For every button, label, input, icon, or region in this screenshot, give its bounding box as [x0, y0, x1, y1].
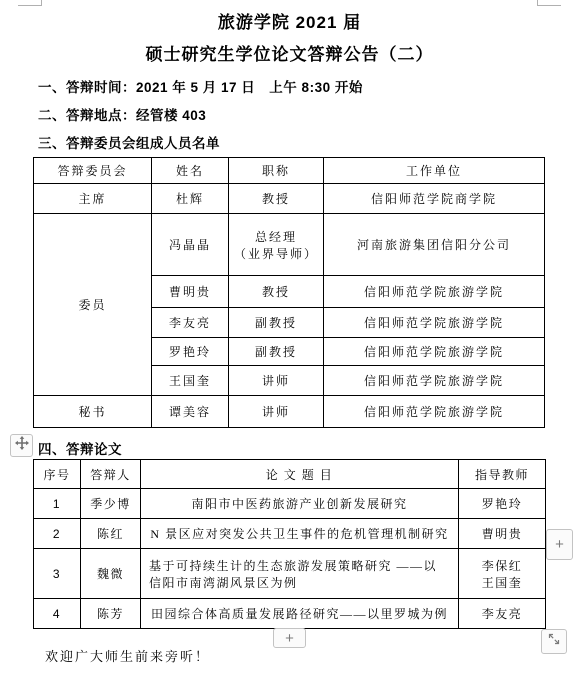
org-cell: 信阳师范学院旅游学院 — [324, 396, 545, 428]
defender-cell: 季少博 — [81, 489, 141, 519]
advisor-line: 王国奎 — [482, 576, 523, 590]
thesis-title-cell: 基于可持续生计的生态旅游发展策略研究 ——以 信阳市南湾湖风景区为例 — [141, 549, 459, 599]
org-cell: 信阳师范学院旅游学院 — [324, 366, 545, 396]
title-cell: 讲师 — [229, 366, 324, 396]
heading-thesis-list: 四、答辩论文 — [38, 438, 122, 458]
name-cell: 曹明贵 — [152, 276, 229, 308]
advisor-line: 李保红 — [482, 559, 523, 573]
thesis-title-line: 基于可持续生计的生态旅游发展策略研究 ——以 — [149, 559, 437, 573]
insert-row-button-bottom[interactable]: + — [273, 628, 306, 648]
name-cell: 王国奎 — [152, 366, 229, 396]
thesis-title-cell: N 景区应对突发公共卫生事件的危机管理机制研究 — [141, 519, 459, 549]
committee-secretary-row: 秘书 谭美容 讲师 信阳师范学院旅游学院 — [34, 396, 545, 428]
advisor-cell: 曹明贵 — [459, 519, 546, 549]
no-cell: 2 — [34, 519, 81, 549]
thesis-header-cell: 论 文 题 目 — [141, 460, 459, 489]
text-boundary-mark-left — [18, 0, 42, 6]
plus-icon: + — [285, 631, 294, 646]
committee-chair-row: 主席 杜辉 教授 信阳师范学院商学院 — [34, 184, 545, 214]
advisor-cell: 李保红 王国奎 — [459, 549, 546, 599]
title-cell: 副教授 — [229, 308, 324, 338]
insert-row-button-right[interactable]: + — [546, 529, 573, 560]
thesis-row: 1 季少博 南阳市中医药旅游产业创新发展研究 罗艳玲 — [34, 489, 546, 519]
role-cell: 主席 — [34, 184, 152, 214]
thesis-title-cell: 田园综合体高质量发展路径研究——以里罗城为例 — [141, 599, 459, 629]
document-page: { "page": { "title_line1": "旅游学院 2021 届"… — [0, 0, 579, 675]
role-cell-members: 委员 — [34, 214, 152, 396]
thesis-header-cell: 答辩人 — [81, 460, 141, 489]
thesis-table: 序号 答辩人 论 文 题 目 指导教师 1 季少博 南阳市中医药旅游产业创新发展… — [33, 459, 546, 629]
org-cell: 信阳师范学院旅游学院 — [324, 276, 545, 308]
name-cell: 杜辉 — [152, 184, 229, 214]
thesis-row: 2 陈红 N 景区应对突发公共卫生事件的危机管理机制研究 曹明贵 — [34, 519, 546, 549]
committee-table: 答辩委员会 姓名 职称 工作单位 主席 杜辉 教授 信阳师范学院商学院 委员 冯… — [33, 157, 545, 428]
committee-header-cell: 答辩委员会 — [34, 158, 152, 184]
title-line: 总经理 — [255, 230, 297, 244]
heading-committee-list: 三、答辩委员会组成人员名单 — [38, 132, 220, 152]
committee-member-row: 委员 冯晶晶 总经理 （业界导师） 河南旅游集团信阳分公司 — [34, 214, 545, 276]
doc-title-line1: 旅游学院 2021 届 — [0, 8, 579, 33]
org-cell: 信阳师范学院商学院 — [324, 184, 545, 214]
no-cell: 4 — [34, 599, 81, 629]
advisor-cell: 罗艳玲 — [459, 489, 546, 519]
committee-header-cell: 职称 — [229, 158, 324, 184]
no-cell: 1 — [34, 489, 81, 519]
role-cell: 秘书 — [34, 396, 152, 428]
title-cell: 讲师 — [229, 396, 324, 428]
org-cell: 河南旅游集团信阳分公司 — [324, 214, 545, 276]
title-cell: 总经理 （业界导师） — [229, 214, 324, 276]
no-cell: 3 — [34, 549, 81, 599]
doc-title-line2: 硕士研究生学位论文答辩公告（二） — [0, 40, 579, 65]
thesis-title-line: 信阳市南湾湖风景区为例 — [149, 576, 298, 590]
table-move-handle[interactable] — [10, 434, 33, 457]
committee-header-row: 答辩委员会 姓名 职称 工作单位 — [34, 158, 545, 184]
committee-header-cell: 姓名 — [152, 158, 229, 184]
thesis-header-row: 序号 答辩人 论 文 题 目 指导教师 — [34, 460, 546, 489]
title-cell: 教授 — [229, 276, 324, 308]
resize-icon — [546, 631, 562, 652]
title-cell: 教授 — [229, 184, 324, 214]
closing-text: 欢迎广大师生前来旁听！ — [45, 646, 210, 665]
thesis-row: 4 陈芳 田园综合体高质量发展路径研究——以里罗城为例 李友亮 — [34, 599, 546, 629]
move-table-icon — [15, 436, 29, 455]
thesis-title-cell: 南阳市中医药旅游产业创新发展研究 — [141, 489, 459, 519]
thesis-header-cell: 指导教师 — [459, 460, 546, 489]
name-cell: 罗艳玲 — [152, 338, 229, 366]
heading-defense-time: 一、答辩时间：2021 年 5 月 17 日 上午 8:30 开始 — [38, 76, 363, 96]
name-cell: 冯晶晶 — [152, 214, 229, 276]
name-cell: 谭美容 — [152, 396, 229, 428]
thesis-row: 3 魏微 基于可持续生计的生态旅游发展策略研究 ——以 信阳市南湾湖风景区为例 … — [34, 549, 546, 599]
defender-cell: 陈芳 — [81, 599, 141, 629]
defender-cell: 陈红 — [81, 519, 141, 549]
table-resize-handle[interactable] — [541, 629, 567, 654]
title-line: （业界导师） — [234, 247, 318, 261]
org-cell: 信阳师范学院旅游学院 — [324, 308, 545, 338]
name-cell: 李友亮 — [152, 308, 229, 338]
advisor-cell: 李友亮 — [459, 599, 546, 629]
committee-header-cell: 工作单位 — [324, 158, 545, 184]
plus-icon: + — [555, 537, 564, 552]
thesis-header-cell: 序号 — [34, 460, 81, 489]
defender-cell: 魏微 — [81, 549, 141, 599]
title-cell: 副教授 — [229, 338, 324, 366]
text-boundary-mark-right — [537, 0, 561, 6]
heading-defense-place: 二、答辩地点：经管楼 403 — [38, 104, 206, 124]
org-cell: 信阳师范学院旅游学院 — [324, 338, 545, 366]
